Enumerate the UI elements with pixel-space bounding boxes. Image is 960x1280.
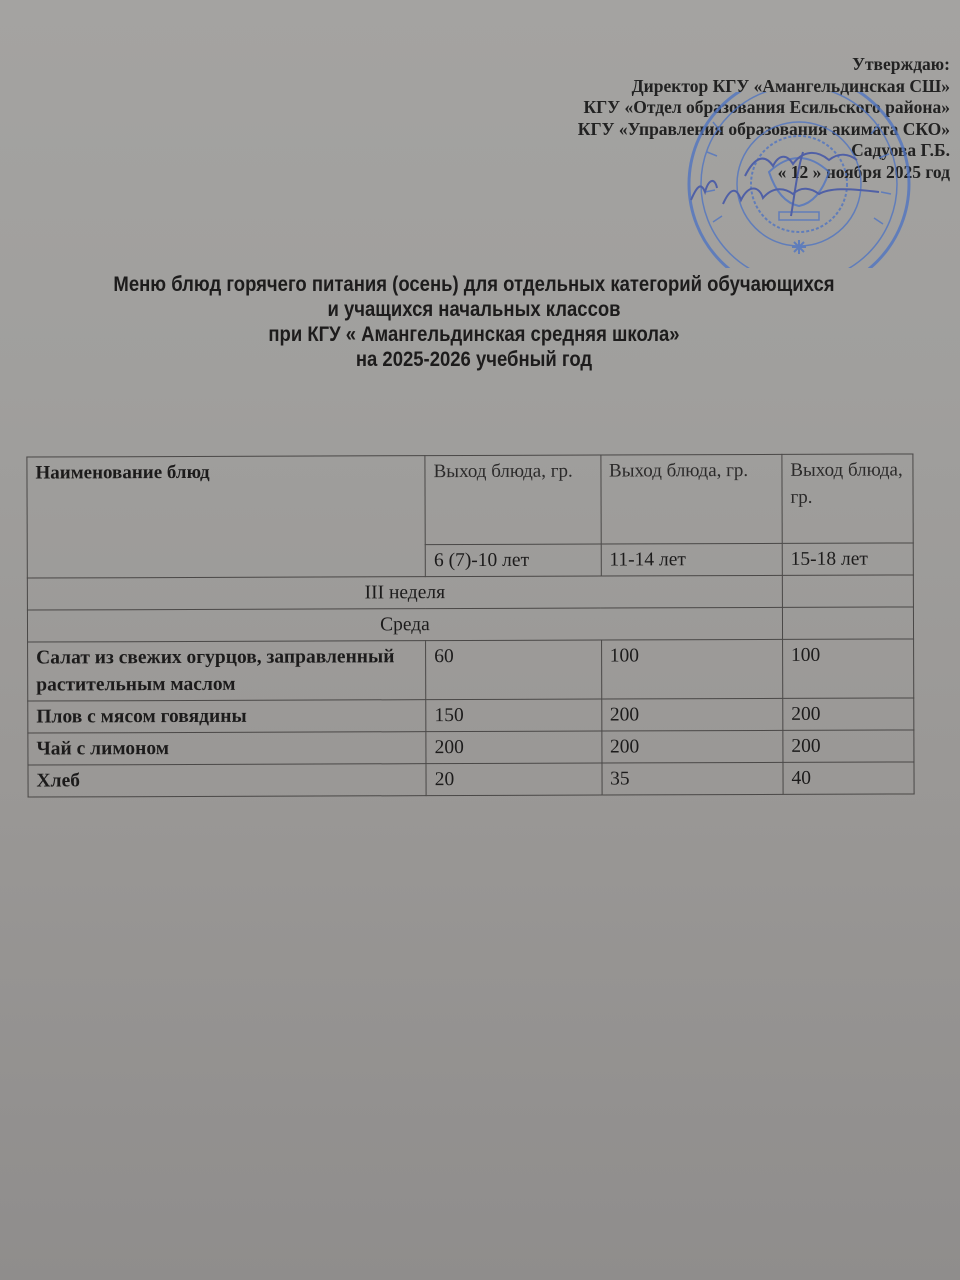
approval-block: Утверждаю: Директор КГУ «Амангельдинская… <box>578 54 950 183</box>
header-yield-3: Выход блюда, гр. <box>782 454 913 543</box>
approval-director: Директор КГУ «Амангельдинская СШ» <box>578 76 950 98</box>
week-empty-cell <box>782 575 913 607</box>
header-yield-1: Выход блюда, гр. <box>425 455 601 545</box>
title-line-1: Меню блюд горячего питания (осень) для о… <box>61 272 887 297</box>
dish-yield-3: 200 <box>783 698 914 730</box>
dish-yield-1: 20 <box>426 763 602 796</box>
day-empty-cell <box>782 607 913 639</box>
table-row: Хлеб 20 35 40 <box>28 762 914 797</box>
dish-name: Чай с лимоном <box>28 732 426 765</box>
approval-signatory: Садуова Г.Б. <box>578 140 950 162</box>
document-title: Меню блюд горячего питания (осень) для о… <box>61 272 887 372</box>
age-group-1: 6 (7)-10 лет <box>425 544 601 577</box>
table-row: Плов с мясом говядины 150 200 200 <box>28 698 914 733</box>
age-group-2: 11-14 лет <box>601 543 782 576</box>
table-row: Чай с лимоном 200 200 200 <box>28 730 914 765</box>
title-line-2: и учащихся начальных классов <box>61 297 887 322</box>
dish-yield-1: 60 <box>426 640 602 700</box>
day-row: Среда <box>27 607 913 642</box>
approval-department: КГУ «Отдел образования Есильского района… <box>578 97 950 119</box>
table-header-row: Наименование блюд Выход блюда, гр. Выход… <box>27 454 913 546</box>
approval-administration: КГУ «Управления образования акимата СКО» <box>578 119 950 141</box>
table-row: Салат из свежих огурцов, заправленный ра… <box>28 639 914 701</box>
dish-yield-3: 100 <box>782 639 913 698</box>
dish-name: Салат из свежих огурцов, заправленный ра… <box>28 641 426 701</box>
dish-yield-2: 35 <box>602 762 783 795</box>
dish-name: Плов с мясом говядины <box>28 700 426 733</box>
age-group-3: 15-18 лет <box>782 543 913 575</box>
week-row: III неделя <box>27 575 913 610</box>
dish-yield-2: 200 <box>601 698 782 731</box>
dish-name: Хлеб <box>28 764 426 797</box>
dish-yield-3: 40 <box>783 762 914 794</box>
dish-yield-3: 200 <box>783 730 914 762</box>
menu-table: Наименование блюд Выход блюда, гр. Выход… <box>26 453 914 797</box>
title-line-3: при КГУ « Амангельдинская средняя школа» <box>61 322 887 347</box>
title-line-4: на 2025-2026 учебный год <box>61 347 887 372</box>
dish-yield-1: 150 <box>426 699 602 732</box>
dish-yield-2: 100 <box>601 639 783 699</box>
dish-yield-1: 200 <box>426 731 602 764</box>
header-yield-2: Выход блюда, гр. <box>600 454 782 544</box>
header-dish-name: Наименование блюд <box>27 456 426 578</box>
week-label: III неделя <box>27 575 782 610</box>
approval-heading: Утверждаю: <box>578 54 950 76</box>
day-label: Среда <box>27 607 782 642</box>
approval-date: « 12 » ноября 2025 год <box>578 162 950 184</box>
dish-yield-2: 200 <box>601 730 782 763</box>
